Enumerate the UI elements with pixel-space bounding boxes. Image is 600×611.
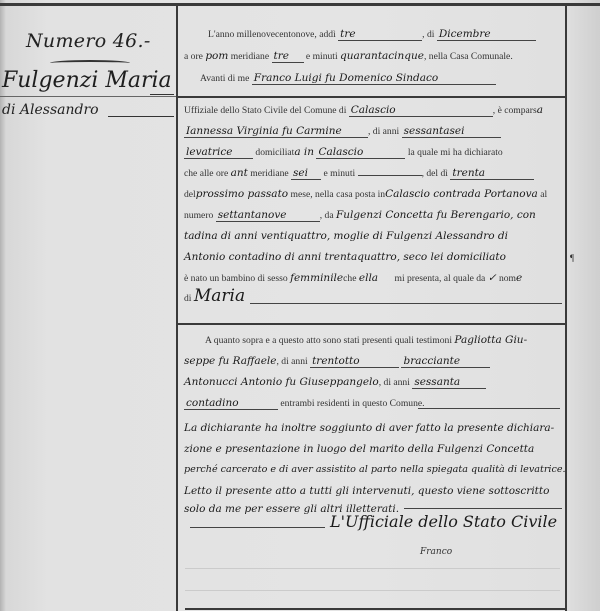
underline — [418, 408, 560, 409]
faint-ruling — [185, 590, 560, 591]
month-field: Dicembre — [437, 28, 536, 41]
minutes-field: quarantacinque — [340, 50, 424, 62]
underline — [250, 303, 562, 304]
officer-signature-title: L'Ufficiale dello Stato Civile — [330, 512, 557, 531]
record-number: Numero 46.- — [26, 30, 151, 52]
decl-line-6: numero settantanove, da Fulgenzi Concett… — [184, 209, 564, 222]
sex-field: femminile — [290, 272, 343, 284]
section-divider — [178, 323, 565, 325]
witness-line-3: Antonucci Antonio fu Giuseppangelo, di a… — [184, 376, 564, 389]
header-line-3: Avanti di me Franco Luigi fu Domenico Si… — [200, 72, 580, 85]
birth-minutes-field — [358, 175, 422, 176]
register-page: Numero 46.- Fulgenzi Maria di Alessandro… — [0, 0, 600, 611]
witness2-name: Antonucci Antonio fu Giuseppangelo — [184, 376, 379, 388]
signature-rule — [190, 527, 325, 528]
house-field: Calascio contrada Portanova — [385, 188, 538, 200]
faint-ruling — [185, 568, 560, 569]
decl-line-7: tadina di anni ventiquattro, moglie di F… — [184, 230, 564, 243]
witness1-age: trentotto — [310, 355, 399, 368]
left-divider — [0, 96, 176, 97]
birth-hour-field: sei — [291, 167, 321, 180]
underline — [108, 116, 174, 117]
decl-line-4: che alle ore ant meridiane sei e minuti … — [184, 167, 564, 180]
top-border-rule — [0, 3, 600, 6]
note-line-2: zione e presentazione in luogo del marit… — [184, 443, 564, 456]
father-reference: di Alessandro — [2, 102, 99, 118]
witness2-job: contadino — [184, 397, 278, 410]
flourish-ornament — [50, 60, 130, 66]
hour-field: tre — [272, 50, 304, 63]
witness1-name: Pagliotta Giu- — [454, 334, 527, 346]
domicile-field: Calascio — [316, 146, 405, 159]
declarant-field: Iannessa Virginia fu Carmine — [184, 125, 368, 138]
checkmark-icon: ✓ — [488, 272, 497, 284]
ampm-field: pom — [205, 50, 228, 62]
decl-line-2: Iannessa Virginia fu Carmine, di anni se… — [184, 125, 564, 138]
witness-line-1: A quanto sopra e a questo atto sono stat… — [205, 334, 585, 347]
day-field: tre — [338, 28, 422, 41]
note-line-4: Letto il presente atto a tutti gli inter… — [184, 485, 564, 498]
margin-mark: ¶ — [570, 253, 574, 263]
decl-line-5: delprossimo passato mese, nella casa pos… — [184, 188, 564, 201]
note-line-1: La dichiarante ha inoltre soggiunto di a… — [184, 422, 564, 435]
given-name-field: Maria — [194, 286, 245, 306]
comune-field: Calascio — [349, 104, 493, 117]
birth-day-field: trenta — [450, 167, 534, 180]
right-border — [565, 6, 567, 611]
witness1-job: bracciante — [401, 355, 490, 368]
officer-signature: Franco — [420, 547, 452, 557]
witness-line-2: seppe fu Raffaele, di anni trentotto bra… — [184, 355, 564, 368]
mother-field: Fulgenzi Concetta fu Berengario, con — [336, 209, 536, 221]
witness2-age: sessanta — [412, 376, 486, 389]
decl-line-1: Uffiziale dello Stato Civile del Comune … — [184, 104, 564, 117]
child-name: Fulgenzi Maria — [2, 68, 172, 93]
underline — [404, 508, 562, 509]
bottom-rule — [185, 608, 565, 610]
section-divider — [178, 96, 565, 98]
underline — [150, 94, 174, 95]
declarant-job-field: levatrice — [184, 146, 253, 159]
note-line-3: perché carcerato e di aver assistito al … — [184, 464, 564, 476]
header-line-2: a ore pom meridiane tre e minuti quarant… — [184, 50, 564, 63]
officer-field: Franco Luigi fu Domenico Sindaco — [252, 72, 496, 85]
decl-line-8: Antonio contadino di anni trentaquattro,… — [184, 251, 564, 264]
decl-line-9: è nato un bambino di sesso femminileche … — [184, 272, 564, 285]
house-number-field: settantanove — [216, 209, 320, 222]
header-line-1: L'anno millenovecentonove, addì tre, di … — [208, 28, 588, 41]
declarant-age-field: sessantasei — [402, 125, 501, 138]
decl-line-3: levatrice domiciliata in Calascio la qua… — [184, 146, 564, 159]
